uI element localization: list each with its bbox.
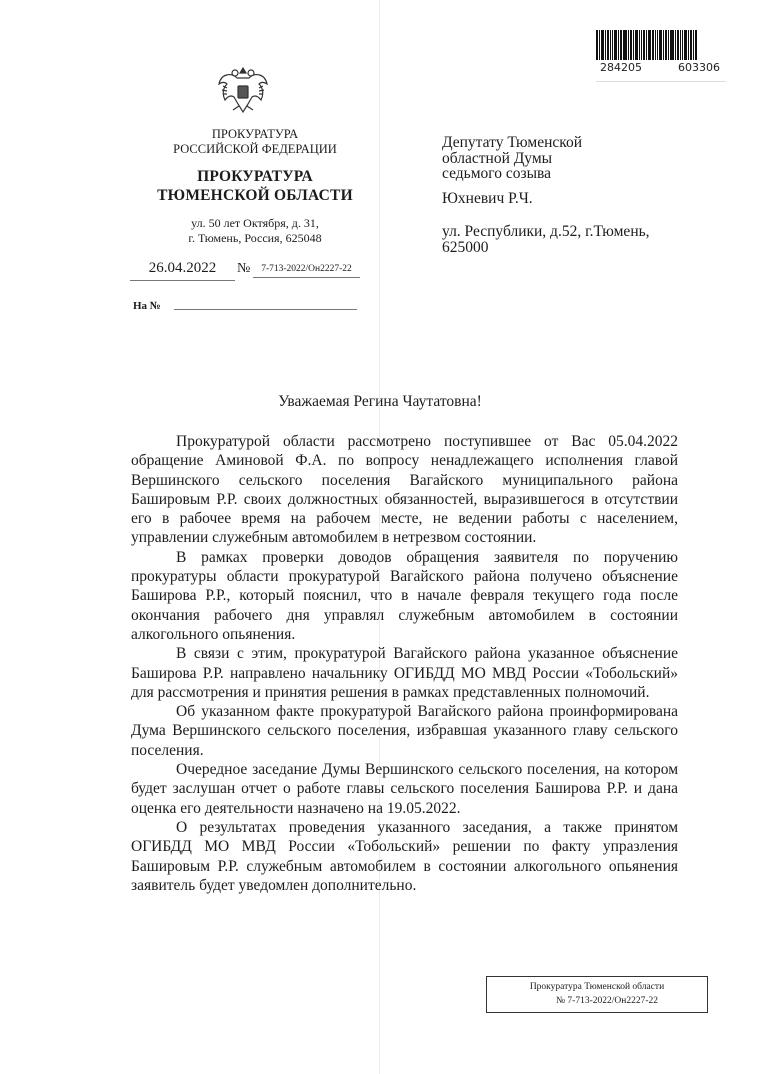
stamp-line2: № 7-713-2022/Он2227-22 bbox=[487, 996, 707, 1006]
sender-title: ПРОКУРАТУРА ТЮМЕНСКОЙ ОБЛАСТИ bbox=[140, 167, 370, 205]
sender-title2: ТЮМЕНСКОЙ ОБЛАСТИ bbox=[140, 186, 370, 205]
barcode-right-number: 603306 bbox=[678, 61, 720, 74]
salutation: Уважаемая Регина Чаутатовна! bbox=[0, 393, 760, 411]
barcode: 284205 603306 bbox=[596, 30, 724, 74]
barcode-divider bbox=[596, 81, 726, 82]
sender-line2: РОССИЙСКОЙ ФЕДЕРАЦИИ bbox=[140, 142, 370, 157]
addressee-block: Депутату Тюменской областной Думы седьмо… bbox=[442, 135, 702, 255]
stamp-line1: Прокуратура Тюменской области bbox=[487, 982, 707, 992]
sender-address: ул. 50 лет Октября, д. 31, г. Тюмень, Ро… bbox=[140, 216, 370, 246]
paragraph: О результатах проведения указанного засе… bbox=[131, 818, 678, 895]
sender-address2: г. Тюмень, Россия, 625048 bbox=[140, 231, 370, 246]
reply-to-label: На № bbox=[133, 300, 161, 312]
document-date: 26.04.2022 bbox=[130, 260, 235, 281]
number-sign: № bbox=[237, 261, 250, 277]
addressee-line1: Депутату Тюменской bbox=[442, 135, 702, 151]
addressee-address2: 625000 bbox=[442, 240, 702, 256]
addressee-line3: седьмого созыва bbox=[442, 166, 702, 182]
registration-stamp: Прокуратура Тюменской области № 7-713-20… bbox=[486, 976, 708, 1013]
paragraph: Очередное заседание Думы Вершинского сел… bbox=[131, 760, 678, 818]
addressee-line2: областной Думы bbox=[442, 151, 702, 167]
sender-address1: ул. 50 лет Октября, д. 31, bbox=[140, 216, 370, 231]
document-number: 7-713-2022/Он2227-22 bbox=[253, 264, 360, 278]
paragraph: В связи с этим, прокуратурой Вагайского … bbox=[131, 644, 678, 702]
paragraph: В рамках проверки доводов обращения заяв… bbox=[131, 548, 678, 644]
paragraph: Прокуратурой области рассмотрено поступи… bbox=[131, 432, 678, 548]
addressee-name: Юхневич Р.Ч. bbox=[442, 191, 702, 207]
addressee-address1: ул. Республики, д.52, г.Тюмень, bbox=[442, 224, 702, 240]
russian-coat-of-arms-icon bbox=[213, 60, 273, 120]
reply-to-line bbox=[174, 309, 357, 310]
sender-title1: ПРОКУРАТУРА bbox=[140, 167, 370, 186]
sender-line1: ПРОКУРАТУРА bbox=[140, 127, 370, 142]
sender-header: ПРОКУРАТУРА РОССИЙСКОЙ ФЕДЕРАЦИИ ПРОКУРА… bbox=[140, 127, 370, 246]
paragraph: Об указанном факте прокуратурой Вагайско… bbox=[131, 702, 678, 760]
letter-body: Прокуратурой области рассмотрено поступи… bbox=[131, 432, 678, 895]
barcode-left-number: 284205 bbox=[600, 61, 642, 74]
barcode-bars-icon bbox=[596, 30, 724, 60]
